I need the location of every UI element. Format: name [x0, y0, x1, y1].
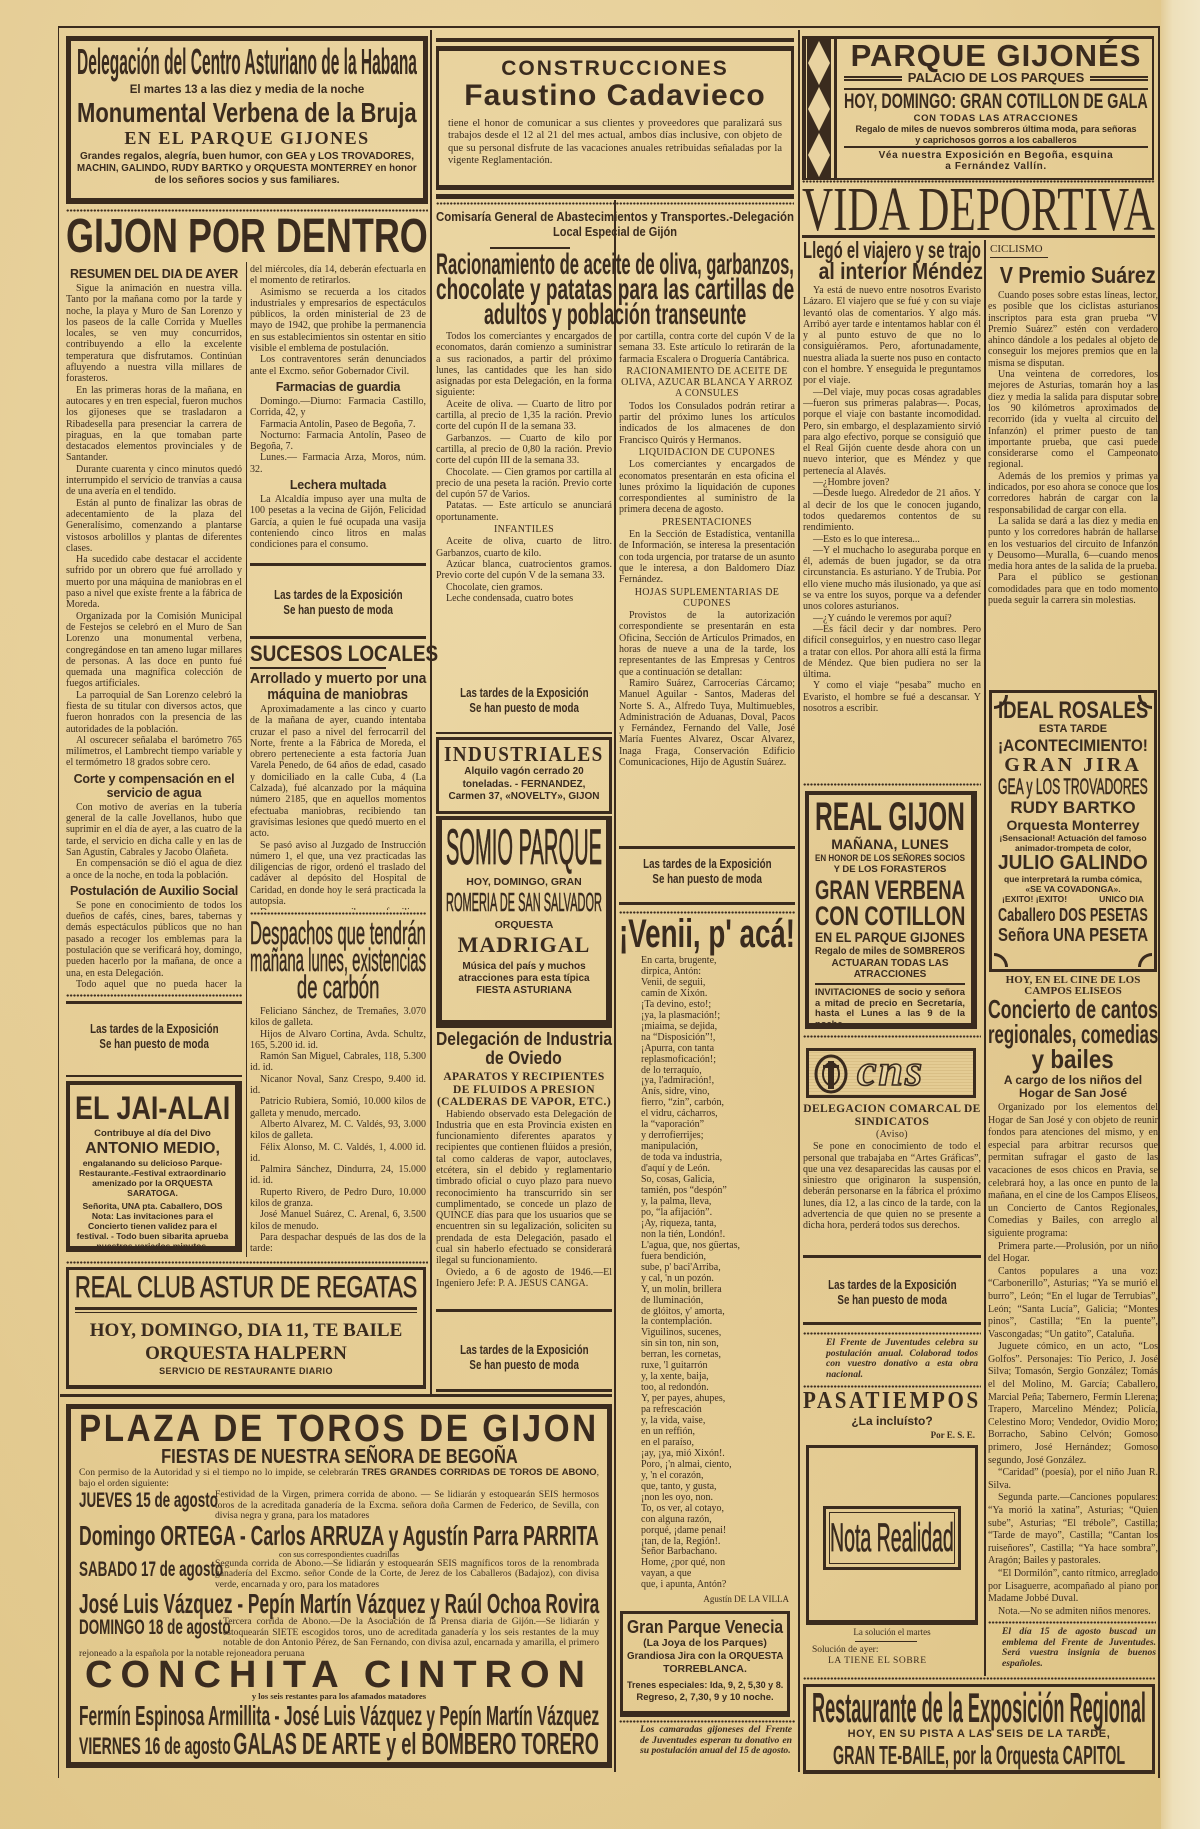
dotted-rule — [988, 1621, 1156, 1624]
ad-title: Gran Parque Venecia — [627, 1617, 783, 1637]
paragraph: Ya está de nuevo entre nosotros Evaristo… — [803, 285, 981, 387]
section-rule — [66, 1001, 242, 1004]
headline-industria: Delegación de Industria de Oviedo — [436, 1030, 612, 1068]
article-racionamiento: Todos los comerciantes y encargados de e… — [436, 331, 612, 683]
ad-line: Y DE LOS FORASTEROS — [815, 864, 965, 875]
ad-line: Grandiosa Jira con la ORQUESTA — [627, 1650, 783, 1663]
caps-heading: PRESENTACIONES — [619, 517, 795, 528]
paragraph: Para despachar después de las dos de la … — [250, 1232, 426, 1255]
paragraph: Palmira Sánchez, Dindurra, 24, 15.000 id… — [250, 1164, 426, 1187]
paragraph: Y como el viaje “pesaba” mucho en Evaris… — [803, 680, 981, 714]
paragraph: Se pasó aviso al Juzgado de Instrucción … — [250, 840, 426, 908]
verse-line: ¡Apurra, con tanta — [619, 1044, 795, 1055]
verse-line: To, os ver, al cotayo, — [619, 1504, 795, 1515]
ad-line: ACTUARAN TODAS LAS — [815, 958, 965, 969]
filler-line: Las tardes de la Exposición — [828, 1278, 956, 1293]
ad-line: Regalo de miles de nuevos sombreros últi… — [855, 124, 1136, 135]
section-sucesos-locales: SUCESOS LOCALES — [250, 642, 426, 666]
paragraph: Domingo.—Diurno: Farmacia Castillo, Corr… — [250, 396, 426, 419]
ad-event: ROMERIA DE SAN SALVADOR — [446, 890, 602, 914]
short-rule — [855, 1641, 917, 1642]
headline-venii: ¡Venii, p' acá! — [619, 915, 795, 953]
paragraph: Habiendo observado esta Delegación de In… — [436, 1109, 612, 1267]
featured-rejoneadora: CONCHITA CINTRON — [85, 1659, 593, 1691]
filler-line: Se han puesto de moda — [99, 1037, 208, 1052]
headline-line: de carbón — [297, 974, 380, 1001]
ad-line: Orquesta Monterrey — [998, 817, 1148, 833]
ad-line: Regalo de miles de SOMBREROS — [815, 946, 965, 958]
paragraph: —¿Y cuándo le veremos por aquí? — [803, 613, 981, 624]
paragraph: Se pone en conocimiento de todos los due… — [66, 900, 242, 979]
verse-line: ¡non les oyo, non. — [619, 1493, 795, 1504]
filler-exposicion: Las tardes de la Exposición Se han puest… — [66, 1022, 242, 1052]
double-rule — [844, 76, 902, 81]
ad-subtitle: PALACIO DE LOS PARQUES — [908, 71, 1084, 85]
ad-price: Caballero DOS PESETAS — [998, 905, 1148, 925]
paragraph: Chocolate, cien gramos. — [436, 582, 612, 593]
ad-line: EN HONOR DE LOS SEÑORES SOCIOS — [815, 853, 965, 864]
subheading: Postulación de Auxilio Social — [66, 884, 242, 898]
paragraph: Hijos de Alvaro Cortina, Avda. Schultz, … — [250, 1029, 426, 1052]
notice-heading: APARATOS Y RECIPIENTES DE FLUIDOS A PRES… — [436, 1071, 612, 1109]
section-rule — [803, 1322, 981, 1325]
ad-line: de los señores socios y sus familiares. — [154, 175, 339, 187]
section-rule — [436, 1389, 612, 1392]
dotted-rule — [803, 1332, 981, 1335]
ad-company-name: Faustino Cadavieco — [464, 80, 765, 112]
section-rule — [436, 1309, 612, 1312]
article-despachos-carbon: Feliciano Sánchez, de Tremañes, 3.070 ki… — [250, 1006, 426, 1256]
paragraph: Se pone en conocimiento de todo el perso… — [803, 1141, 981, 1231]
intro-text: Con permiso de la Autoridad y si el tiem… — [79, 1467, 362, 1478]
pasatiempos-author: Por E. S. E. — [803, 1430, 975, 1441]
ad-industriales: INDUSTRIALES Alquilo vagón cerrado 20 to… — [436, 737, 612, 814]
paragraph: Manuel G. Cabal, Príncipe, 8, 2.700 kilo… — [250, 1255, 426, 1256]
headline-racionamiento: Racionamiento de aceite de oliva, garban… — [436, 252, 794, 327]
verse-line: sube, p' baci'Arriba, — [619, 1263, 795, 1274]
short-rule — [990, 257, 1048, 258]
section-rule — [66, 1075, 242, 1077]
ad-schedule: Regreso, 2, 7,30, 9 y 10 noche. — [627, 1692, 783, 1704]
ad-title: EL JAI-ALAI — [75, 1091, 230, 1125]
dept-header-comisaria: Comisaría General de Abastecimientos y T… — [436, 209, 794, 239]
ad-price: Señora UNA PESETA — [998, 925, 1148, 945]
paragraph: “Caridad” (poesía), por el niño Juan R. … — [988, 1467, 1158, 1492]
rule — [75, 1312, 417, 1313]
headline-subtitle: A cargo de los niños del Hogar de San Jo… — [990, 1074, 1156, 1100]
verse-line: con alguna razón, — [619, 1515, 795, 1526]
section-title: SUCESOS LOCALES — [250, 642, 438, 666]
ad-line: «SE VA COVADONGA». — [998, 884, 1148, 894]
caps-heading: RACIONAMIENTO DE ACEITE DE OLIVA, AZUCAR… — [619, 366, 795, 400]
puzzle-frame: Nota Realidad — [823, 1506, 961, 1570]
ad-star: JULIO GALINDO — [998, 853, 1148, 874]
cns-logo-text: cns — [857, 1045, 924, 1096]
article-sindicatos: DELEGACION COMARCAL DE SINDICATOS(Aviso)… — [803, 1103, 981, 1253]
ad-line: y caprichosos gorros a los caballeros — [844, 135, 1148, 146]
filler-line: Las tardes de la Exposición — [460, 1343, 588, 1358]
ad-body: engalanando su delicioso Parque-Restaura… — [75, 1158, 230, 1198]
dotted-rule — [66, 1261, 428, 1264]
paragraph: Farmacia Antolín, Paseo de Begoña, 7. — [250, 419, 426, 430]
ad-border — [791, 51, 794, 185]
verse-line: y cal, 'n un pozón. — [619, 1274, 795, 1285]
ad-name: ANTONIO MEDIO, — [85, 1140, 220, 1158]
verse-line: Y, un molín, brillera — [619, 1285, 795, 1296]
paragraph: Primera parte.—Prolusión, por un niño de… — [988, 1241, 1158, 1266]
ad-title: REAL GIJON — [815, 798, 965, 836]
dept-line: Local Especial de Gijón — [553, 224, 677, 239]
ad-title: SOMIO PARQUE — [446, 824, 602, 870]
article-gijon-por-dentro-cont: del miércoles, día 14, deberán efectuarl… — [250, 264, 426, 560]
diamond-ornament-icon — [804, 39, 837, 178]
ad-restaurante-exposicion: Restaurante de la Exposición Regional HO… — [803, 1684, 1155, 1774]
cns-emblem-icon — [813, 1053, 849, 1095]
headline-line: máquina de maniobras — [268, 687, 409, 703]
event-venue: HOY, EN EL CINE DE LOS CAMPOS ELISEOS — [988, 975, 1158, 996]
poem-venii: En carta, brugente,dirpica, Antón:Venii,… — [619, 956, 795, 1594]
verse-line: porqué, ¡dame penai! — [619, 1526, 795, 1537]
paragraph: Ruperto Rivero, de Pedro Duro, 10.000 ki… — [250, 1187, 426, 1210]
dotted-rule — [619, 1720, 795, 1723]
paragraph: —Esto es lo que interesa... — [803, 534, 981, 545]
right-frame-rule — [1158, 26, 1160, 1778]
paragraph: Todos los comerciantes y encargados de e… — [436, 331, 612, 399]
verse-line: que, i apunta, Antón? — [619, 1580, 795, 1591]
headline-line: Delegación de Industria — [436, 1030, 612, 1049]
headline-line: y bailes — [1032, 1047, 1114, 1072]
paragraph: Provistos de la autorización correspondi… — [619, 610, 795, 678]
paragraph: Ha sucedido cabe destacar el accidente s… — [66, 554, 242, 610]
column-rule — [430, 30, 432, 1396]
ad-date: El martes 13 a las diez y media de la no… — [77, 83, 417, 97]
filler-exposicion: Las tardes de la Exposición Se han puest… — [436, 1343, 612, 1373]
dept-line: Comisaría General de Abastecimientos y T… — [436, 209, 794, 224]
paragraph: Los comerciantes y encargados de economa… — [619, 459, 795, 515]
solution-label: Solución de ayer: — [812, 1645, 982, 1656]
headline-despachos: Despachos que tendrán mañana lunes, exis… — [250, 920, 426, 1001]
headline-concierto: Concierto de cantos regionales, comedias… — [988, 997, 1158, 1072]
ad-line: ¡EXITO! ¡EXITO! — [1002, 894, 1067, 905]
corrida-3: DOMINGO 18 de agosto Tercera corrida de … — [79, 1617, 599, 1659]
paragraph: Azúcar blanca, cuatrocientos gramos. Pre… — [436, 559, 612, 582]
ad-body: Música del país y muchos atracciones par… — [446, 961, 602, 997]
headline-premio-suarez: V Premio Suárez — [1000, 262, 1156, 288]
paragraph: Chocolate. — Cien gramos por cartilla al… — [436, 467, 612, 501]
paragraph: Descanse en paz, y reciban sus familiare… — [250, 907, 426, 910]
headline-line: al interior Méndez — [819, 261, 983, 282]
section-rule — [619, 902, 795, 905]
ad-title: Delegación del Centro Asturiano de la Ha… — [77, 44, 417, 80]
ad-schedule: Trenes especiales: Ida, 9, 2, 5,30 y 8. — [627, 1679, 783, 1692]
paragraph: Están al punto de finalizar las obras de… — [66, 498, 242, 554]
ad-title: PARQUE GIJONÉS — [851, 40, 1142, 71]
paragraph: Aproximadamente a las cinco y cuarto de … — [250, 704, 426, 840]
ad-line: UNICO DIA — [1099, 894, 1144, 905]
ad-event: GRAN VERBENA — [815, 877, 965, 903]
ad-kicker: CONSTRUCCIONES — [448, 57, 782, 80]
paragraph: Lunes.— Farmacia Arza, Moros, núm. 32. — [250, 452, 426, 475]
section-rule — [250, 563, 426, 566]
page-margin — [1161, 0, 1200, 1829]
caps-heading: HOJAS SUPLEMENTARIAS DE CUPONES — [619, 587, 795, 610]
subheading: RESUMEN DEL DIA DE AYER — [66, 267, 242, 281]
filler-exposicion: Las tardes de la Exposición Se han puest… — [803, 1278, 981, 1308]
ad-line: ATRACCIONES — [815, 969, 965, 980]
ad-venue: EN EL PARQUE GIJONES — [815, 929, 965, 946]
paragraph: En compensación se dió el agua de diez a… — [66, 858, 242, 881]
corrida-date: SABADO 17 de agosto — [79, 1559, 223, 1581]
paragraph: Una veintena de corredores, los mejores … — [988, 369, 1158, 471]
article-delegacion-industria: APARATOS Y RECIPIENTES DE FLUIDOS A PRES… — [436, 1071, 612, 1301]
dotted-rule — [803, 783, 981, 786]
article-premio-suarez: Cuando poses sobre estas líneas, lector,… — [988, 290, 1158, 685]
ad-body: tiene el honor de comunicar a sus client… — [448, 118, 782, 167]
ad-line: ORQUESTA HALPERN — [75, 1342, 417, 1365]
subheading: Corte y compensación en el servicio de a… — [66, 772, 242, 800]
ad-somio-parque: SOMIO PARQUE HOY, DOMINGO, GRAN ROMERIA … — [436, 816, 612, 1028]
caps-heading: LIQUIDACION DE CUPONES — [619, 447, 795, 458]
filler-line: Se han puesto de moda — [837, 1293, 946, 1308]
column-rule — [798, 30, 800, 1772]
headline-line: adultos y población transeunte — [484, 302, 746, 327]
ad-title: IDEAL ROSALES — [998, 699, 1148, 723]
ad-line: GEA y LOS TROVADORES — [998, 776, 1148, 798]
dotted-rule — [436, 202, 794, 205]
corrida-details: Segunda corrida de Abono.—Se lidiarán y … — [215, 1559, 599, 1590]
filler-line: Se han puesto de moda — [652, 872, 761, 887]
ad-border — [436, 51, 439, 185]
paragraph: La Alcaldía impuso ayer una multa de 100… — [250, 494, 426, 550]
dotted-rule — [803, 1035, 981, 1038]
corrida-details: Festividad de la Virgen, primera corrida… — [215, 1490, 599, 1521]
ad-line: Contribuye al día del Divo — [75, 1128, 230, 1140]
ad-headline: Monumental Verbena de la Bruja — [77, 98, 417, 128]
article-racionamiento-cont: por cartilla, contra corte del cupón V d… — [619, 331, 795, 843]
paragraph: Cantos populares a una voz: “Carbonerill… — [988, 1266, 1158, 1342]
ad-line: MACHIN, GALINDO, RUDY BARTKO y ORQUESTA … — [77, 163, 417, 175]
poem-author: Agustín DE LA VILLA — [619, 1594, 789, 1605]
paragraph: Patricio Rubiera, Somió, 10.000 kilos de… — [250, 1096, 426, 1119]
paragraph: Al oscurecer señalaba el barómetro 765 m… — [66, 735, 242, 769]
extra-date: VIERNES 16 de agosto — [79, 1733, 231, 1760]
paragraph: Asimismo se recuerda a los citados indus… — [250, 287, 426, 355]
paragraph: Todos los Consulados podrán retirar a pa… — [619, 401, 795, 446]
intro-bold: TRES GRANDES CORRIDAS DE TOROS DE ABONO — [362, 1467, 597, 1477]
ad-title: Restaurante de la Exposición Regional — [812, 1689, 1146, 1727]
ad-invitations: INVITACIONES de socio y señora a mitad d… — [815, 987, 965, 1029]
filler-line: Las tardes de la Exposición — [274, 588, 402, 603]
sports-kicker: CICLISMO — [990, 243, 1090, 256]
article-viajero: Ya está de nuevo entre nosotros Evaristo… — [803, 285, 981, 777]
paragraph: Ramón San Miguel, Cabrales, 118, 5.300 i… — [250, 1051, 426, 1074]
paragraph: Félix Alonso, M. C. Valdés, 1, 4.000 id.… — [250, 1142, 426, 1165]
filler-line: Se han puesto de moda — [469, 701, 578, 716]
ad-plaza-de-toros: PLAZA DE TOROS DE GIJON FIESTAS DE NUEST… — [66, 1404, 612, 1768]
paragraph: José Manuel Suárez, C. Arenal, 6, 3.500 … — [250, 1209, 426, 1232]
ad-line: que interpretará la rumba cómica, — [998, 874, 1148, 884]
paragraph: del miércoles, día 14, deberán efectuarl… — [250, 264, 426, 287]
top-rule — [58, 26, 1160, 28]
paragraph: En la Sección de Estadística, ventanilla… — [619, 529, 795, 585]
section-title-sports: VIDA DEPORTIVA — [802, 184, 1155, 236]
matadores: Domingo ORTEGA - Carlos ARRUZA y Agustín… — [79, 1522, 599, 1549]
ad-line: CON TODAS LAS ATRACCIONES — [844, 113, 1148, 124]
corrida-2: SABADO 17 de agosto Segunda corrida de A… — [79, 1559, 599, 1591]
paragraph: Cuando poses sobre estas líneas, lector,… — [988, 290, 1158, 369]
section-rule — [436, 732, 612, 734]
paragraph: Organizado por los elementos del Hogar d… — [988, 1102, 1158, 1241]
caps-heading: (Aviso) — [803, 1129, 981, 1140]
ad-line: ESTA TARDE — [998, 723, 1148, 736]
note-frente-juventudes: Los camaradas gijoneses del Frente de Ju… — [640, 1725, 792, 1773]
paragraph: Aceite de oliva, cuarto de litro. Garban… — [436, 536, 612, 559]
filler-exposicion: Las tardes de la Exposición Se han puest… — [619, 857, 795, 887]
rule — [844, 146, 1148, 148]
paragraph: —Es fácil decir y dar nombres. Pero difí… — [803, 624, 981, 680]
rule — [250, 667, 386, 669]
column-rule — [984, 240, 986, 1676]
ad-border — [436, 185, 794, 190]
article-concierto: Organizado por los elementos del Hogar d… — [988, 1102, 1158, 1620]
ad-jai-alai: EL JAI-ALAI Contribuye al día del Divo A… — [66, 1081, 242, 1252]
subheading: Farmacias de guardia — [250, 380, 426, 394]
verse-line: replasmoficación!; — [619, 1055, 795, 1066]
caps-heading: INFANTILES — [436, 524, 612, 535]
ad-body: Alquilo vagón cerrado 20 toneladas. - FE… — [444, 766, 604, 804]
solution-note: La solución el martes — [803, 1626, 981, 1638]
pasatiempos-subtitle: ¿La incluísto? — [803, 1414, 981, 1428]
ad-line: TORREBLANCA. — [627, 1663, 783, 1676]
verse-line: de lluminación, — [619, 1296, 795, 1307]
paragraph: La salida se dará a las diez y media en … — [988, 516, 1158, 572]
ad-note: Señorita, UNA pta. Caballero, DOS Nota: … — [75, 1201, 230, 1251]
note-frente-juventudes: El día 15 de agosto buscad un emblema de… — [1002, 1627, 1156, 1675]
section-rule — [60, 1394, 612, 1397]
paragraph: —Desde luego. Alrededor de 21 años. Y al… — [803, 488, 981, 533]
ad-venue: EN EL PARQUE GIJONES — [77, 128, 417, 149]
paragraph: Todo aquel que no pueda hacer la liquida… — [66, 979, 242, 990]
paragraph: Leche condensada, cuatro botes — [436, 593, 612, 604]
paragraph: —Del viaje, muy pocas cosas agradables—f… — [803, 387, 981, 477]
corrida-date: DOMINGO 18 de agosto — [79, 1617, 231, 1639]
solution-answer: LA TIENE EL SOBRE — [828, 1656, 978, 1667]
paragraph: Sigue la animación en nuestra villa. Tan… — [66, 283, 242, 385]
paragraph: La parroquial de San Lorenzo celebró la … — [66, 690, 242, 735]
paragraph: por cartilla, contra corte del cupón V d… — [619, 331, 795, 365]
ad-line: GRAN JIRA — [998, 755, 1148, 776]
ad-event: CON COTILLON — [815, 903, 965, 929]
filler-line: Las tardes de la Exposición — [460, 686, 588, 701]
corner-ornament-icon — [994, 953, 1008, 967]
paragraph: Nocturno: Farmacia Antolín, Paseo de Beg… — [250, 430, 426, 453]
extra-event: VIERNES 16 de agosto GALAS DE ARTE y el … — [79, 1729, 599, 1765]
ad-headline: GRAN TE-BAILE, por la Orquesta CAPITOL — [833, 1742, 1125, 1768]
ad-border — [436, 38, 794, 42]
dotted-rule — [803, 1677, 1155, 1680]
paragraph: Los contraventores serán denunciados ant… — [250, 354, 426, 377]
paragraph: En las primeras horas de la mañana, en a… — [66, 385, 242, 464]
ad-line: ORQUESTA — [446, 917, 602, 933]
notice-heading: DELEGACION COMARCAL DE SINDICATOS — [803, 1103, 981, 1128]
filler-line: Se han puesto de moda — [469, 1358, 578, 1373]
paragraph: Con motivo de averías en la tubería gene… — [66, 802, 242, 858]
ad-real-club-regatas: REAL CLUB ASTUR DE REGATAS HOY, DOMINGO,… — [66, 1267, 426, 1389]
paragraph: Segunda parte.—Canciones populares: “Ya … — [988, 1492, 1158, 1568]
paragraph: Además de los premios y primas ya indica… — [988, 471, 1158, 516]
rule — [75, 1307, 417, 1310]
ad-title: PLAZA DE TOROS DE GIJON — [79, 1411, 599, 1447]
headline-line: Arrollado y muerto por una — [250, 671, 426, 687]
dotted-rule — [66, 994, 242, 997]
extra-title: GALAS DE ARTE y el BOMBERO TORERO — [233, 1726, 599, 1761]
ad-centro-asturiano: Delegación del Centro Asturiano de la Ha… — [66, 36, 428, 204]
section-title-local: GIJON POR DENTRO — [66, 213, 428, 261]
ad-line: SERVICIO DE RESTAURANTE DIARIO — [75, 1365, 417, 1378]
ad-headline: HOY, DOMINGO: GRAN COTILLON DE GALA — [844, 91, 1148, 113]
ad-subtitle: (La Joya de los Parques) — [627, 1637, 783, 1650]
ad-gran-parque-venecia: Gran Parque Venecia (La Joya de los Parq… — [620, 1611, 790, 1717]
paragraph: Patatas. — Este artículo se anunciará op… — [436, 500, 612, 523]
headline-line: de Oviedo — [486, 1049, 563, 1068]
newspaper-page: Delegación del Centro Asturiano de la Ha… — [0, 0, 1200, 1829]
column-rule — [246, 262, 247, 1257]
corrida-date: JUEVES 15 de agosto — [79, 1490, 218, 1512]
section-rule — [803, 1255, 981, 1258]
paragraph: —¿Hombre joven? — [803, 477, 981, 488]
verse-line: na “Disposición”!, — [619, 1033, 795, 1044]
ad-footer: a Fernández Vallín. — [844, 161, 1148, 172]
column-rule — [614, 200, 616, 1772]
paragraph: Durante cuarenta y cinco minutos quedó i… — [66, 464, 242, 498]
puzzle-box: Nota Realidad — [806, 1445, 978, 1625]
subheading: Lechera multada — [250, 478, 426, 492]
paragraph: Ramiro Suárez, Carrocerías Cárcamo; Manu… — [619, 678, 795, 768]
headline-arrollado: Arrollado y muerto por una máquina de ma… — [250, 671, 426, 703]
matadores: Fermín Espinosa Armillita - José Luis Vá… — [79, 1702, 599, 1729]
paragraph: Oviedo, a 6 de agosto de 1946.—El Ingeni… — [436, 1267, 612, 1290]
ad-ideal-rosales: IDEAL ROSALES ESTA TARDE ¡ACONTECIMIENTO… — [989, 690, 1157, 972]
ad-line: HOY, DOMINGO, DIA 11, TE BAILE — [90, 1319, 403, 1342]
ad-construcciones: CONSTRUCCIONES Faustino Cadavieco tiene … — [436, 38, 794, 200]
ad-line: RUDY BARTKO — [998, 798, 1148, 817]
section-rule — [619, 846, 795, 849]
left-frame-rule — [58, 26, 59, 1778]
article-resumen-del-dia: RESUMEN DEL DIA DE AYERSigue la animació… — [66, 264, 242, 990]
paragraph: Para el público se gestionan comodidades… — [988, 572, 1158, 606]
rule — [815, 983, 965, 985]
ad-subtitle: FIESTAS DE NUESTRA SEÑORA DE BEGOÑA — [161, 1447, 518, 1467]
matadores: José Luis Vázquez - Pepín Martín Vázquez… — [79, 1590, 599, 1617]
article-arrollado: Aproximadamente a las cinco y cuarto de … — [250, 704, 426, 910]
ad-band: MADRIGAL — [446, 933, 602, 957]
filler-exposicion: Las tardes de la Exposición Se han puest… — [250, 588, 426, 618]
ad-real-gijon: REAL GIJON MAÑANA, LUNES EN HONOR DE LOS… — [805, 791, 977, 1029]
paragraph: Feliciano Sánchez, de Tremañes, 3.070 ki… — [250, 1006, 426, 1029]
ad-title: REAL CLUB ASTUR DE REGATAS — [75, 1272, 417, 1304]
paragraph: Aceite de oliva. — Cuarto de litro por c… — [436, 399, 612, 433]
section-rule — [250, 636, 426, 639]
ad-line: ¡Sensacional! Actuación del famoso anima… — [998, 833, 1148, 853]
corrida-1: JUEVES 15 de agosto Festividad de la Vir… — [79, 1490, 599, 1522]
ad-title: INDUSTRIALES — [444, 742, 604, 766]
corner-ornament-icon — [1138, 953, 1152, 967]
paragraph: Nota.—No se admiten niños menores. — [988, 1606, 1158, 1619]
filler-line: Las tardes de la Exposición — [90, 1022, 218, 1037]
paragraph: —Y el muchacho lo aseguraba porque en él… — [803, 545, 981, 613]
double-rule — [1090, 76, 1148, 81]
filler-line: Las tardes de la Exposición — [643, 857, 771, 872]
